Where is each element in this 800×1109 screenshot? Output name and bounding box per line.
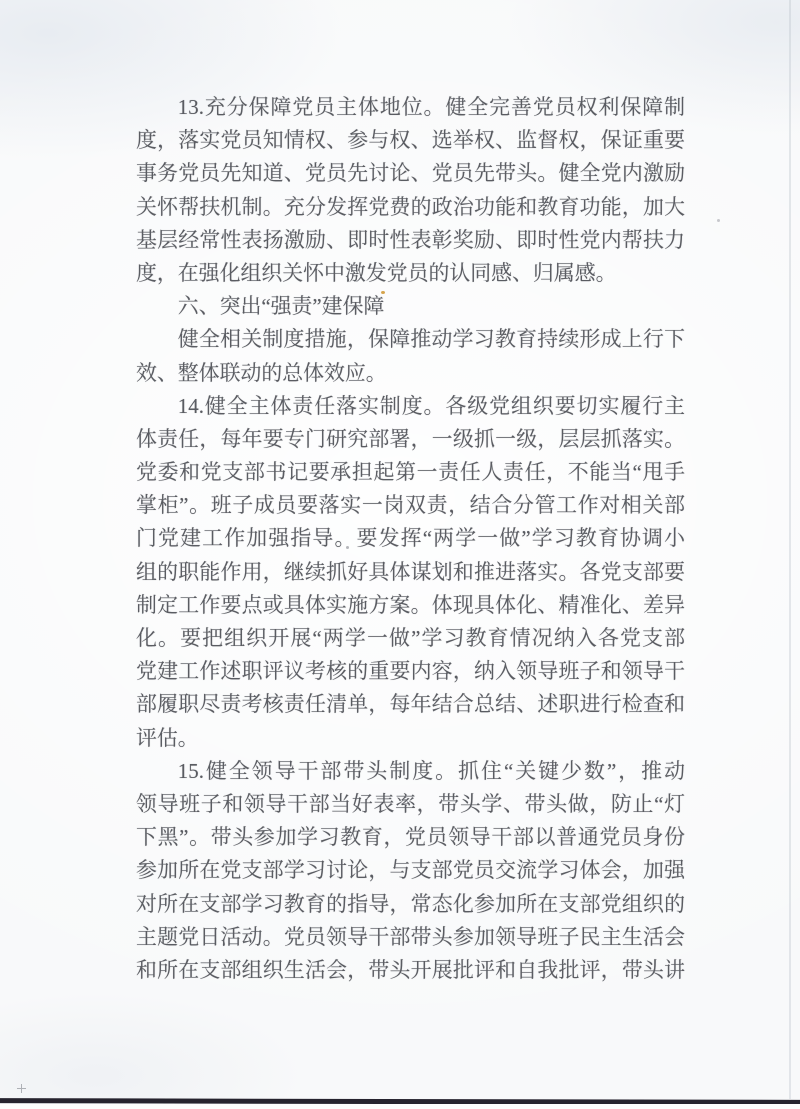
para-item-15-line-7: 和所在支部组织生活会，带头开展批评和自我批评，带头讲 [136, 954, 685, 987]
para-section-6-intro-line-1: 健全相关制度措施，保障推动学习教育持续形成上行下 [136, 323, 685, 356]
scan-below-edge [0, 1104, 800, 1109]
gray-speck-top [717, 219, 720, 222]
para-item-13-line-2: 度，落实党员知情权、参与权、选举权、监督权，保证重要 [136, 124, 685, 157]
paper-right-edge [789, 0, 791, 1099]
gray-speck-mid [346, 546, 349, 549]
para-item-15-line-4: 参加所在党支部学习讨论，与支部党员交流学习体会，加强 [136, 854, 685, 887]
para-item-14-line-5: 门党建工作加强指导。要发挥“两学一做”学习教育协调小 [136, 522, 685, 555]
document-text: 13.充分保障党员主体地位。健全完善党员权利保障制度，落实党员知情权、参与权、选… [136, 91, 685, 987]
para-item-14-line-11: 评估。 [136, 722, 685, 755]
para-item-14-line-8: 化。要把组织开展“两学一做”学习教育情况纳入各党支部 [136, 622, 685, 655]
para-item-15-line-5: 对所在支部学习教育的指导，常态化参加所在支部党组织的 [136, 888, 685, 921]
para-item-13-line-1: 13.充分保障党员主体地位。健全完善党员权利保障制 [136, 91, 685, 124]
para-item-13-line-6: 度，在强化组织关怀中激发党员的认同感、归属感。 [136, 257, 685, 290]
para-item-15-line-3: 下黑”。带头参加学习教育，党员领导干部以普通党员身份 [136, 821, 685, 854]
para-item-14-line-6: 组的职能作用，继续抓好具体谋划和推进落实。各党支部要 [136, 556, 685, 589]
para-item-14-line-10: 部履职尽责考核责任清单，每年结合总结、述职进行检查和 [136, 688, 685, 721]
cross-mark [17, 1084, 26, 1093]
para-item-13-line-4: 关怀帮扶机制。充分发挥党费的政治功能和教育功能，加大 [136, 191, 685, 224]
para-item-15-line-6: 主题党日活动。党员领导干部带头参加领导班子民主生活会 [136, 921, 685, 954]
orange-speck [381, 291, 385, 294]
para-item-14-line-4: 掌柜”。班子成员要落实一岗双责，结合分管工作对相关部 [136, 489, 685, 522]
para-item-14-line-1: 14.健全主体责任落实制度。各级党组织要切实履行主 [136, 390, 685, 423]
para-item-15-line-1: 15.健全领导干部带头制度。抓住“关键少数”，推动 [136, 755, 685, 788]
scanned-page: 13.充分保障党员主体地位。健全完善党员权利保障制度，落实党员知情权、参与权、选… [0, 0, 800, 1109]
para-item-13-line-5: 基层经常性表扬激励、即时性表彰奖励、即时性党内帮扶力 [136, 224, 685, 257]
heading-section-6-line-1: 六、突出“强责”建保障 [136, 290, 685, 323]
para-item-13-line-3: 事务党员先知道、党员先讨论、党员先带头。健全党内激励 [136, 157, 685, 190]
para-item-14-line-7: 制定工作要点或具体实施方案。体现具体化、精准化、差异 [136, 589, 685, 622]
para-item-14-line-2: 体责任，每年要专门研究部署，一级抓一级，层层抓落实。 [136, 423, 685, 456]
para-section-6-intro-line-2: 效、整体联动的总体效应。 [136, 357, 685, 390]
para-item-15-line-2: 领导班子和领导干部当好表率，带头学、带头做，防止“灯 [136, 788, 685, 821]
para-item-14-line-3: 党委和党支部书记要承担起第一责任人责任，不能当“甩手 [136, 456, 685, 489]
para-item-14-line-9: 党建工作述职评议考核的重要内容，纳入领导班子和领导干 [136, 655, 685, 688]
